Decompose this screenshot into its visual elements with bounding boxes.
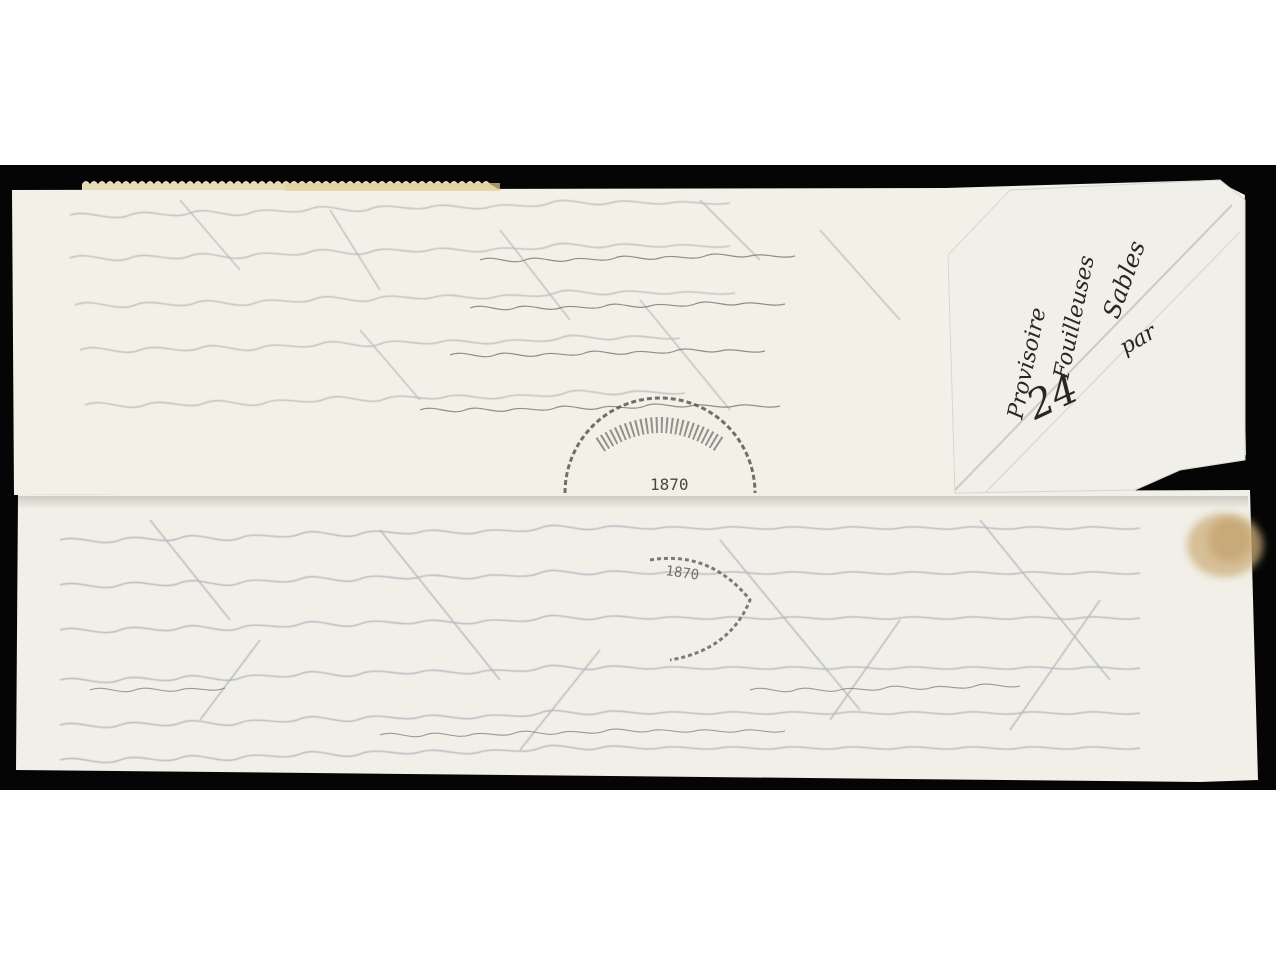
- bottom-panel: [16, 490, 1258, 782]
- postmark-top-date: 1870: [650, 475, 689, 494]
- stamp-perforation-strip: [82, 181, 500, 191]
- letter-photo: 1870 1870 Provisoire Fouilleuses Sables …: [0, 0, 1276, 956]
- wax-stain: [1187, 513, 1263, 577]
